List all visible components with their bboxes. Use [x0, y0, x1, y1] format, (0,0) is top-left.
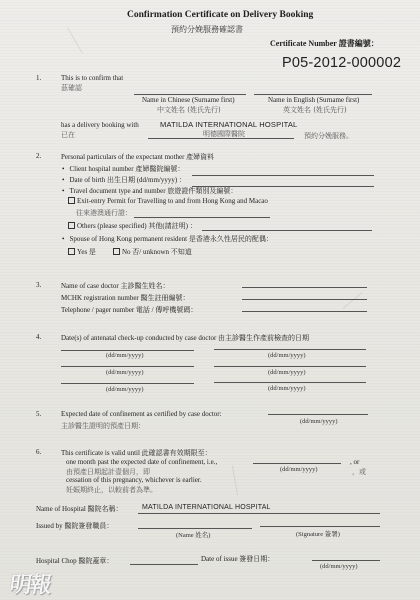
exit-entry-number-field[interactable]: [134, 217, 270, 218]
name-english-label-en: Name in English (Surname first): [268, 96, 359, 104]
date-hint: (dd/mm/yyyy): [106, 352, 144, 359]
others-field[interactable]: [202, 230, 372, 231]
others-label: Others (please specified) 其他(請註明) ：: [77, 222, 197, 230]
mchk-label: MCHK registration number 醫生註冊編號：: [61, 293, 190, 303]
spouse-label: Spouse of Hong Kong permanent resident 是…: [62, 234, 273, 244]
travel-doc-label: Travel document type and number 旅遊證件類別及編…: [62, 186, 237, 196]
hospital-chop-field[interactable]: [130, 564, 198, 565]
section-5-number: 5.: [36, 410, 41, 418]
signature-hint: (Signature 簽署): [296, 529, 340, 538]
name-chinese-label-zh: 中文姓名 (姓氏先行): [157, 105, 221, 115]
cessation-en: cessation of this pregnancy, whichever i…: [66, 476, 202, 484]
one-month-en: one month past the expected date of conf…: [66, 458, 217, 466]
issued-by-label: Issued by 醫院簽發職員：: [36, 521, 113, 531]
doctor-name-field[interactable]: [242, 287, 367, 288]
exit-entry-label: Exit-entry Permit for Travelling to and …: [77, 197, 268, 205]
checkup-date-field-2[interactable]: [214, 349, 366, 350]
date-of-issue-field[interactable]: [312, 560, 380, 561]
date-of-issue-label: Date of issue 簽發日期：: [201, 554, 274, 564]
others-checkbox[interactable]: [68, 222, 75, 229]
no-label: No 否/ unknown 不知道: [122, 248, 192, 256]
booking-suffix-zh: 預約分娩服務。: [304, 131, 353, 141]
valid-until-date-field[interactable]: [253, 463, 341, 464]
no-checkbox[interactable]: [113, 248, 120, 255]
section-1-number: 1.: [36, 74, 41, 82]
or-zh: ，或: [352, 467, 366, 477]
booking-text-en: has a delivery booking with: [61, 121, 139, 129]
spouse-no-option[interactable]: No 否/ unknown 不知道: [113, 247, 192, 257]
date-hint: (dd/mm/yyyy): [320, 563, 358, 570]
section-4-heading: Date(s) of antenatal check-up conducted …: [61, 333, 309, 343]
certificate-number-value: P05-2012-000002: [282, 55, 401, 71]
name-chinese-label-en: Name in Chinese (Surname first): [142, 96, 235, 104]
section-4-number: 4.: [36, 333, 41, 341]
expected-date-field[interactable]: [268, 414, 368, 415]
checkup-date-field-3[interactable]: [61, 366, 194, 367]
date-hint: (dd/mm/yyyy): [106, 386, 144, 393]
title-english: Confirmation Certificate on Delivery Boo…: [127, 10, 313, 20]
booking-text-zh: 已在: [61, 130, 75, 140]
section-3-number: 3.: [36, 281, 41, 289]
date-hint: (dd/mm/yyyy): [280, 466, 318, 473]
exit-entry-option[interactable]: Exit-entry Permit for Travelling to and …: [68, 197, 268, 205]
newspaper-watermark: 明報: [8, 568, 52, 599]
certificate-number-label: Certificate Number 證書編號：: [270, 38, 379, 49]
hospital-chop-label: Hospital Chop 醫院蓋章：: [36, 556, 113, 566]
name-chinese-field[interactable]: [134, 94, 246, 95]
name-english-label-zh: 英文姓名 (姓氏先行): [283, 105, 347, 115]
date-hint: (dd/mm/yyyy): [300, 418, 338, 425]
date-hint: (dd/mm/yyyy): [106, 369, 144, 376]
checkup-date-field-1[interactable]: [61, 350, 194, 351]
section-6-number: 6.: [36, 448, 41, 456]
date-hint: (dd/mm/yyyy): [268, 385, 306, 392]
section-2-number: 2.: [36, 152, 41, 160]
hospital-name-label: Name of Hospital 醫院名稱：: [36, 504, 123, 514]
name-hint: (Name 姓名): [176, 530, 210, 539]
issued-by-name-field[interactable]: [138, 528, 252, 529]
mchk-field[interactable]: [242, 299, 367, 300]
name-english-field[interactable]: [254, 94, 372, 95]
confirm-text-zh: 茲確認: [61, 83, 82, 93]
yes-label: Yes 是: [77, 248, 96, 256]
hospital-name-line: [138, 513, 380, 514]
hospital-name-field: [148, 138, 294, 139]
yes-checkbox[interactable]: [68, 248, 75, 255]
checkup-date-field-4[interactable]: [214, 366, 366, 367]
or-en: , or: [350, 458, 359, 466]
telephone-field[interactable]: [242, 311, 367, 312]
confirm-text-en: This is to confirm that: [61, 74, 123, 82]
section-2-heading: Personal particulars of the expectant mo…: [61, 152, 214, 162]
spouse-yes-option[interactable]: Yes 是: [68, 247, 96, 257]
section-5-heading-en: Expected date of confinement as certifie…: [61, 410, 222, 418]
exit-entry-checkbox[interactable]: [68, 197, 75, 204]
date-hint: (dd/mm/yyyy): [268, 352, 306, 359]
checkup-date-field-6[interactable]: [214, 382, 366, 383]
client-number-field[interactable]: [192, 175, 374, 176]
doctor-name-label: Name of case doctor 主診醫生姓名：: [61, 281, 169, 291]
valid-until-label: This certificate is valid until 此確認書有效期限…: [61, 448, 212, 458]
title-chinese: 預約分娩服務確認書: [171, 24, 243, 35]
section-5-heading-zh: 主診醫生證明的預產日期：: [61, 421, 145, 431]
checkup-date-field-5[interactable]: [61, 383, 194, 384]
telephone-label: Telephone / pager number 電話 / 傳呼機號碼：: [61, 305, 197, 315]
cessation-zh: 妊娠期終止，以較前者為準。: [66, 485, 157, 495]
hospital-name-value: MATILDA INTERNATIONAL HOSPITAL: [142, 504, 271, 511]
exit-entry-zh-label: 往來港澳通行證：: [76, 208, 132, 218]
hospital-name-en: MATILDA INTERNATIONAL HOSPITAL: [160, 120, 297, 129]
others-option[interactable]: Others (please specified) 其他(請註明) ：: [68, 221, 197, 231]
signature-field[interactable]: [260, 526, 380, 527]
client-number-label: Client hospital number 產婦醫院編號：: [62, 164, 184, 174]
dob-label: Date of birth 出生日期 (dd/mm/yyyy) ：: [62, 175, 186, 185]
date-hint: (dd/mm/yyyy): [268, 369, 306, 376]
